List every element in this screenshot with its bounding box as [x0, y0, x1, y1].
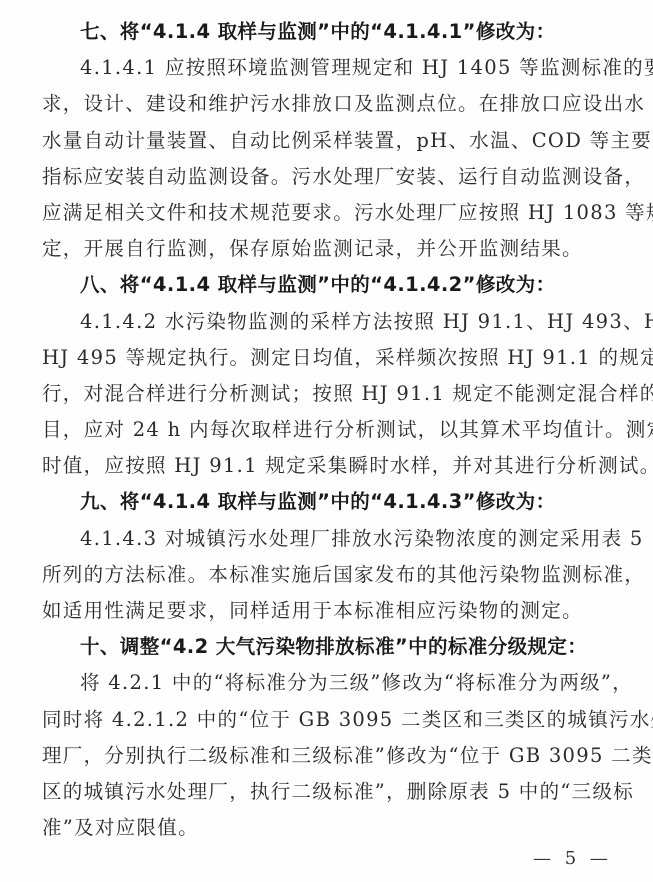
section-10: 十、调整“4.2 大气污染物排放标准”中的标准分级规定： 将 4.2.1 中的“… — [42, 629, 602, 846]
paragraph-line: 区的城镇污水处理厂，执行二级标准”，删除原表 5 中的“三级标 — [42, 774, 602, 810]
paragraph-line: 4.1.4.3 对城镇污水处理厂排放水污染物浓度的测定采用表 5 — [42, 521, 602, 557]
paragraph-line: 目，应对 24 h 内每次取样进行分析测试，以其算术平均值计。测定瞬 — [42, 412, 602, 448]
section-heading: 七、将“4.1.4 取样与监测”中的“4.1.4.1”修改为： — [42, 14, 602, 50]
section-8: 八、将“4.1.4 取样与监测”中的“4.1.4.2”修改为： 4.1.4.2 … — [42, 267, 602, 484]
section-heading: 九、将“4.1.4 取样与监测”中的“4.1.4.3”修改为： — [42, 484, 602, 520]
paragraph-line: 求，设计、建设和维护污水排放口及监测点位。在排放口应设出水 — [42, 86, 602, 122]
paragraph-line: 将 4.2.1 中的“将标准分为三级”修改为“将标准分为两级”， — [42, 665, 602, 701]
paragraph-line: 时值，应按照 HJ 91.1 规定采集瞬时水样，并对其进行分析测试。 — [42, 448, 602, 484]
paragraph-line: 如适用性满足要求，同样适用于本标准相应污染物的测定。 — [42, 593, 602, 629]
section-heading: 八、将“4.1.4 取样与监测”中的“4.1.4.2”修改为： — [42, 267, 602, 303]
document-page: 七、将“4.1.4 取样与监测”中的“4.1.4.1”修改为： 4.1.4.1 … — [0, 0, 653, 882]
paragraph-line: 同时将 4.2.1.2 中的“位于 GB 3095 二类区和三类区的城镇污水处 — [42, 702, 602, 738]
section-9: 九、将“4.1.4 取样与监测”中的“4.1.4.3”修改为： 4.1.4.3 … — [42, 484, 602, 629]
paragraph-line: 理厂，分别执行二级标准和三级标准”修改为“位于 GB 3095 二类 — [42, 738, 602, 774]
document-body: 七、将“4.1.4 取样与监测”中的“4.1.4.1”修改为： 4.1.4.1 … — [42, 14, 602, 846]
paragraph-line: 4.1.4.1 应按照环境监测管理规定和 HJ 1405 等监测标准的要 — [42, 50, 602, 86]
paragraph-line: 准”及对应限值。 — [42, 810, 602, 846]
paragraph-line: 行，对混合样进行分析测试；按照 HJ 91.1 规定不能测定混合样的项 — [42, 376, 602, 412]
paragraph-line: 应满足相关文件和技术规范要求。污水处理厂应按照 HJ 1083 等规 — [42, 195, 602, 231]
paragraph-line: 水量自动计量装置、自动比例采样装置，pH、水温、COD 等主要水质 — [42, 123, 602, 159]
paragraph-line: HJ 495 等规定执行。测定日均值，采样频次按照 HJ 91.1 的规定执 — [42, 340, 602, 376]
paragraph-line: 定，开展自行监测，保存原始监测记录，并公开监测结果。 — [42, 231, 602, 267]
paragraph-line: 4.1.4.2 水污染物监测的采样方法按照 HJ 91.1、HJ 493、HJ … — [42, 304, 602, 340]
page-number: — 5 — — [533, 848, 612, 869]
section-7: 七、将“4.1.4 取样与监测”中的“4.1.4.1”修改为： 4.1.4.1 … — [42, 14, 602, 267]
paragraph-line: 所列的方法标准。本标准实施后国家发布的其他污染物监测标准， — [42, 557, 602, 593]
paragraph-line: 指标应安装自动监测设备。污水处理厂安装、运行自动监测设备， — [42, 159, 602, 195]
section-heading: 十、调整“4.2 大气污染物排放标准”中的标准分级规定： — [42, 629, 602, 665]
